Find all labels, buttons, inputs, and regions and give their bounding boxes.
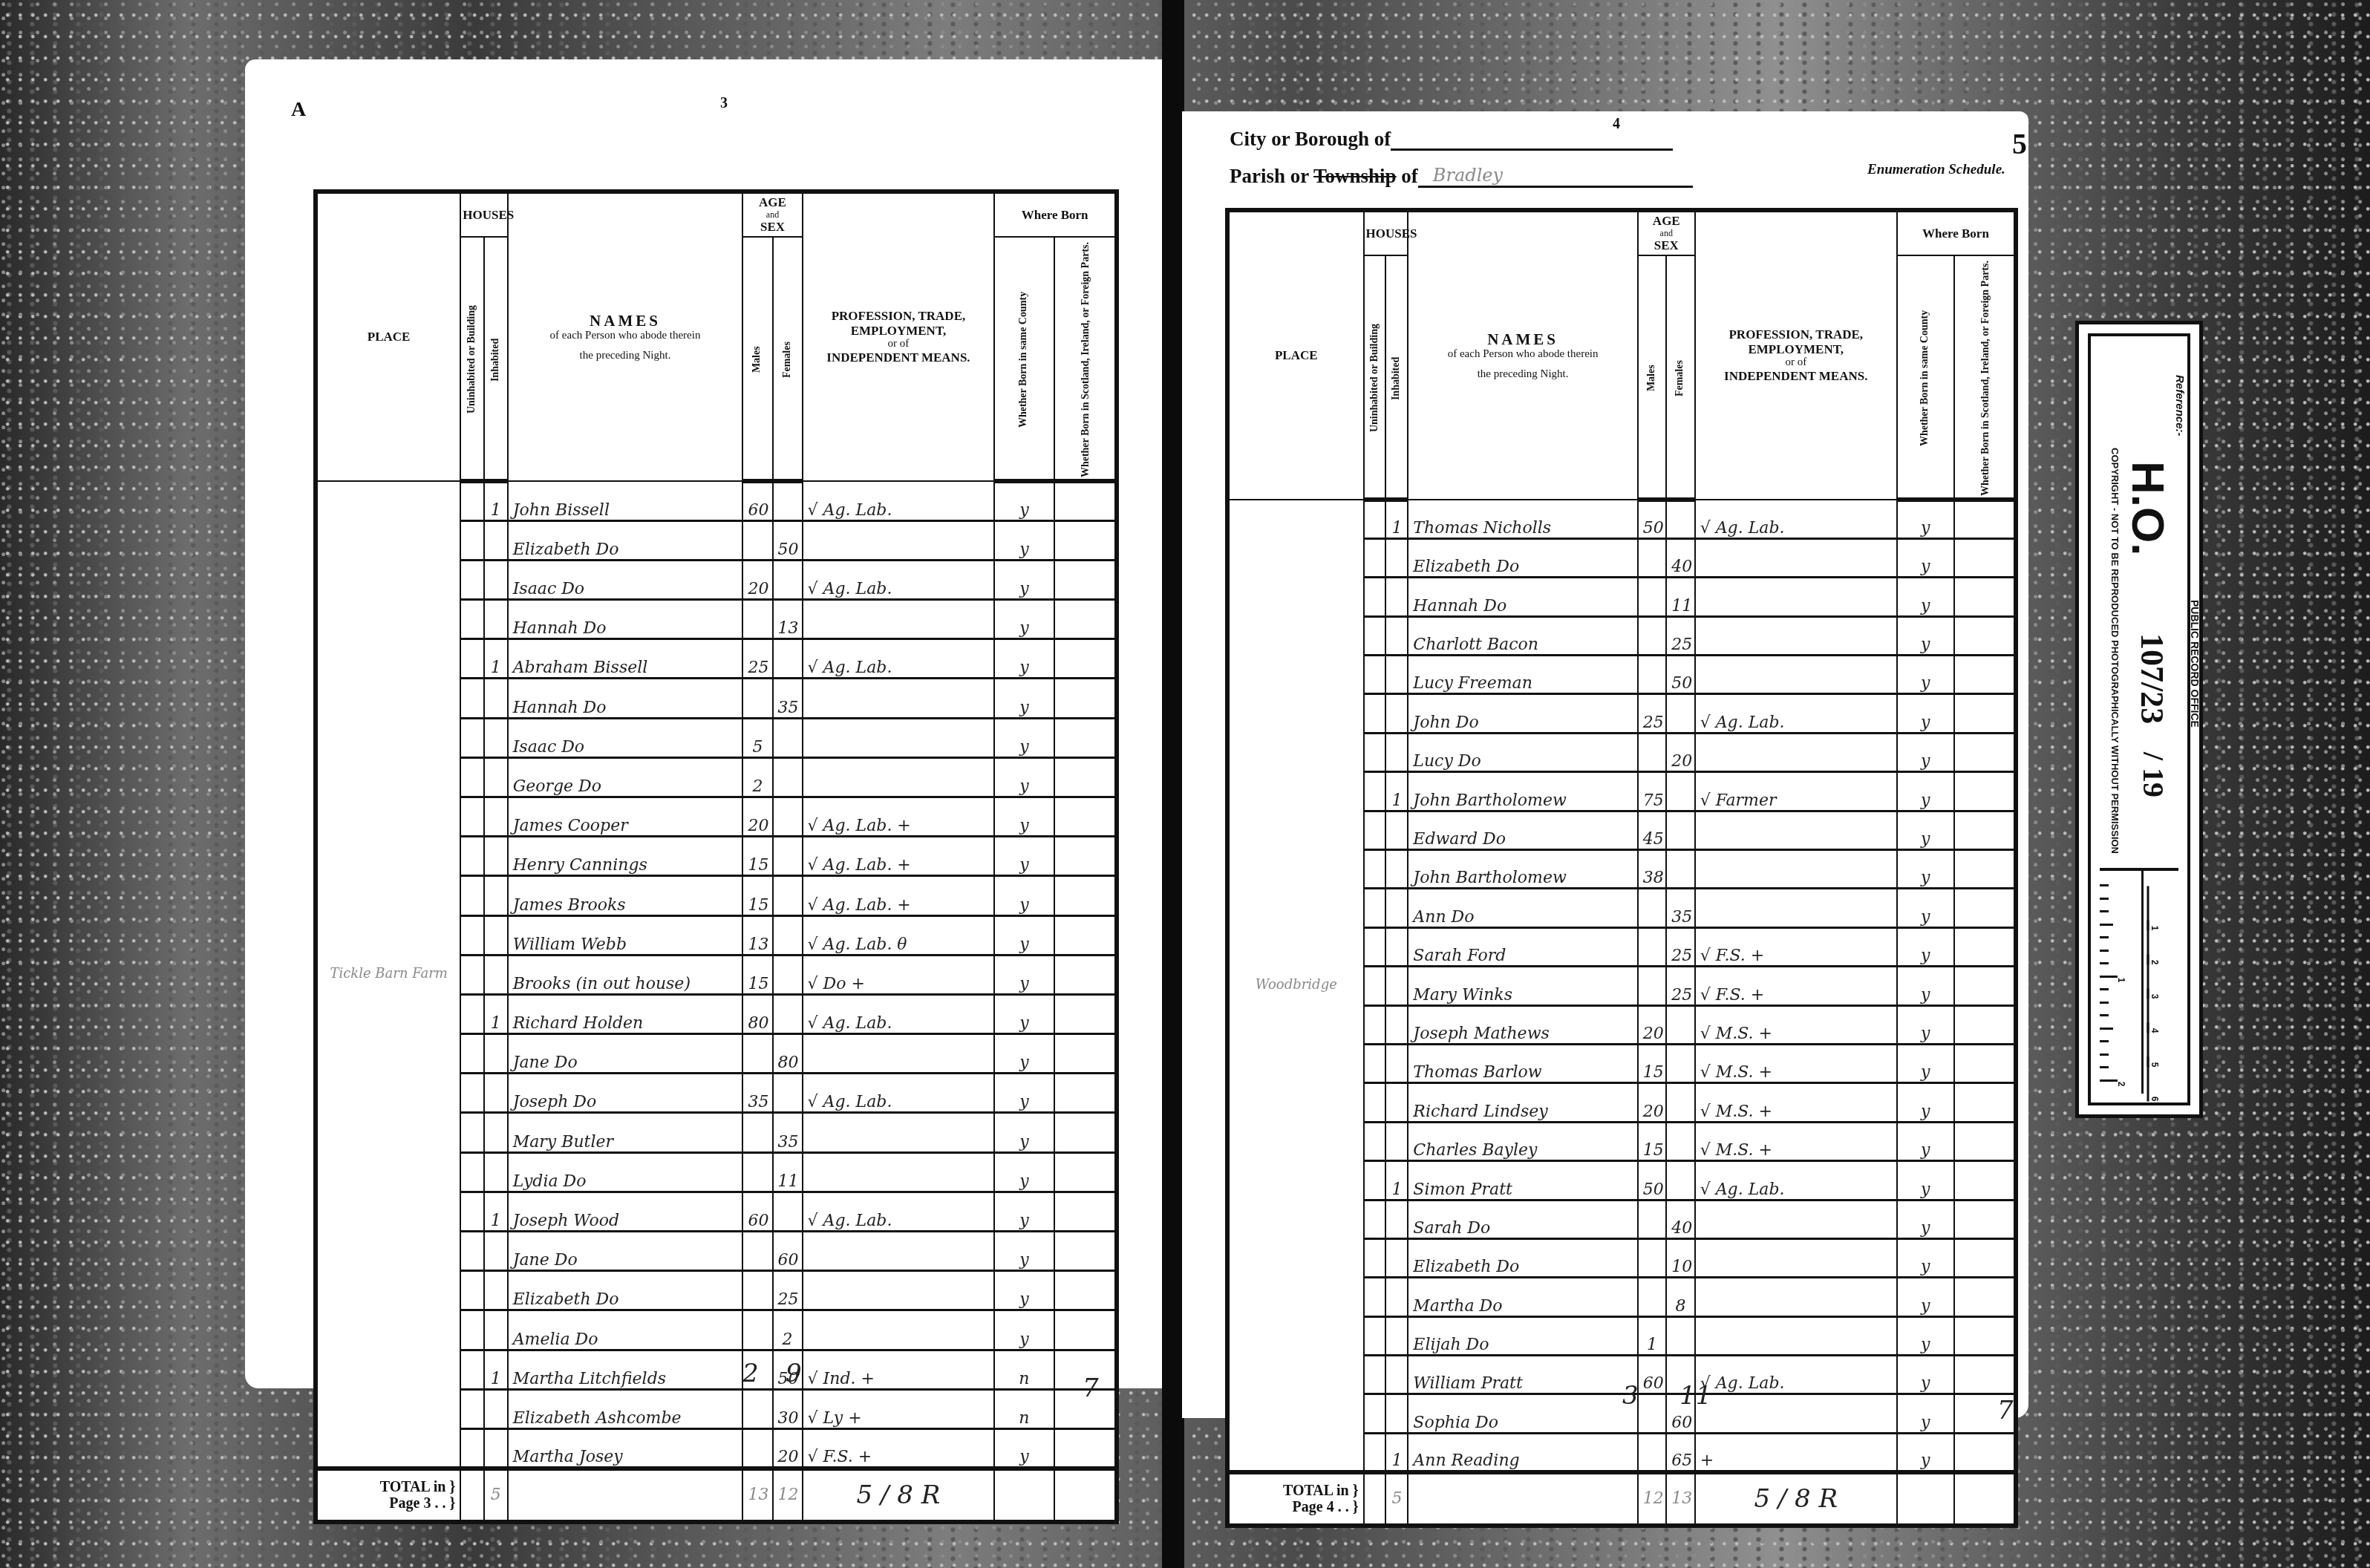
profession-cell: √ Ag. Lab. + xyxy=(803,876,995,915)
name-cell: Isaac Do xyxy=(508,560,743,599)
city-or-borough: City or Borough of xyxy=(1230,128,1673,151)
same-county-cell: n xyxy=(994,1350,1054,1389)
scotland-cell xyxy=(1054,600,1117,639)
col-uninhabited: Uninhabited or Building xyxy=(1364,255,1386,500)
inhabited-cell xyxy=(1385,1200,1408,1238)
same-county-cell: n xyxy=(994,1389,1054,1428)
profession-cell xyxy=(1695,1278,1897,1316)
inhabited-cell xyxy=(1385,967,1408,1005)
females-cell: 80 xyxy=(773,1034,803,1074)
census-table-left: PLACE HOUSES NAMES of each Person who ab… xyxy=(313,189,1119,1524)
col-place: PLACE xyxy=(1227,210,1364,500)
males-cell xyxy=(742,1310,772,1350)
profession-cell: √ Ag. Lab. xyxy=(1695,500,1897,538)
same-county-cell: y xyxy=(1897,927,1954,966)
uninhabited-cell xyxy=(1364,1394,1386,1433)
name-cell: Richard Lindsey xyxy=(1408,1083,1638,1122)
same-county-cell: y xyxy=(1897,850,1954,889)
name-cell: John Do xyxy=(1408,694,1638,733)
profession-cell: √ Ag. Lab. xyxy=(803,1192,995,1231)
females-cell: 35 xyxy=(773,1113,803,1152)
males-cell: 60 xyxy=(742,481,772,520)
total-scotland xyxy=(1054,1469,1117,1522)
males-cell: 20 xyxy=(742,797,772,836)
profession-cell: √ Ag. Lab. xyxy=(803,481,995,520)
inhabited-cell xyxy=(484,1113,508,1152)
ruler-tick xyxy=(2100,976,2118,978)
total-males: 13 xyxy=(742,1469,772,1522)
series-code: H.O. xyxy=(2121,461,2174,555)
uninhabited-cell xyxy=(1364,1161,1386,1200)
place-cell: Woodbridge xyxy=(1227,500,1364,1472)
uninhabited-cell xyxy=(1364,733,1386,771)
males-cell: 38 xyxy=(1638,850,1666,889)
scotland-cell xyxy=(1054,837,1117,876)
name-cell: Charles Bayley xyxy=(1408,1122,1638,1160)
name-cell: Hannah Do xyxy=(508,679,743,718)
name-cell: James Brooks xyxy=(508,876,743,915)
profession-cell xyxy=(1695,733,1897,771)
males-cell xyxy=(742,1428,772,1468)
uninhabited-cell xyxy=(1364,1200,1386,1238)
name-cell: Elizabeth Do xyxy=(1408,538,1638,577)
same-county-cell: y xyxy=(994,1152,1054,1192)
name-cell: Ann Reading xyxy=(1408,1433,1638,1471)
name-cell: Brooks (in out house) xyxy=(508,955,743,994)
name-cell: Abraham Bissell xyxy=(508,639,743,679)
profession-cell xyxy=(803,1113,995,1152)
same-county-cell: y xyxy=(1897,733,1954,771)
inhabited-cell xyxy=(1385,1356,1408,1394)
uninhabited-cell xyxy=(460,1034,484,1074)
scotland-cell xyxy=(1054,955,1117,994)
col-age-sex: AGE and SEX xyxy=(1638,210,1695,255)
females-cell: 30 xyxy=(773,1389,803,1428)
males-cell: 2 xyxy=(742,757,772,797)
profession-cell: √ Do + xyxy=(803,955,995,994)
inhabited-cell: 1 xyxy=(484,1350,508,1389)
males-cell xyxy=(742,600,772,639)
ruler-tick xyxy=(2100,1053,2109,1056)
males-cell: 5 xyxy=(742,718,772,757)
males-cell: 50 xyxy=(1638,1161,1666,1200)
same-county-cell: y xyxy=(1897,889,1954,927)
name-cell: Joseph Do xyxy=(508,1074,743,1113)
males-cell: 1 xyxy=(1638,1316,1666,1355)
males-cell: 20 xyxy=(742,560,772,599)
name-cell: Amelia Do xyxy=(508,1310,743,1350)
scotland-cell xyxy=(1054,994,1117,1033)
inhabited-cell: 1 xyxy=(1385,1161,1408,1200)
same-county-cell: y xyxy=(994,679,1054,718)
ruler-tick xyxy=(2100,898,2109,900)
book-spine xyxy=(1162,0,1184,1568)
inhabited-cell xyxy=(484,1310,508,1350)
scotland-cell xyxy=(1954,1044,2016,1082)
scotland-cell xyxy=(1954,927,2016,966)
name-cell: Lucy Freeman xyxy=(1408,656,1638,694)
total-county xyxy=(1897,1472,1954,1526)
scotland-cell xyxy=(1954,500,2016,538)
same-county-cell: y xyxy=(1897,1005,1954,1044)
copyright-notice: COPYRIGHT - NOT TO BE REPRODUCED PHOTOGR… xyxy=(2109,448,2121,854)
profession-cell xyxy=(803,718,995,757)
name-cell: John Bissell xyxy=(508,481,743,520)
profession-cell: √ F.S. + xyxy=(803,1428,995,1468)
total-males: 12 xyxy=(1638,1472,1666,1526)
same-county-cell: y xyxy=(1897,1433,1954,1471)
uninhabited-cell xyxy=(460,1389,484,1428)
uninhabited-cell xyxy=(1364,772,1386,811)
inhabited-cell xyxy=(1385,889,1408,927)
inhabited-cell xyxy=(484,1034,508,1074)
males-cell: 13 xyxy=(742,915,772,955)
scotland-cell xyxy=(1954,850,2016,889)
place-cell: Tickle Barn Farm xyxy=(316,481,460,1469)
inhabited-cell xyxy=(484,718,508,757)
uninhabited-cell xyxy=(1364,1316,1386,1355)
col-inhabited: Inhabited xyxy=(484,237,508,481)
col-same-county: Whether Born in same County xyxy=(1897,255,1954,500)
uninhabited-cell xyxy=(1364,811,1386,849)
uninhabited-cell xyxy=(460,481,484,520)
name-cell: James Cooper xyxy=(508,797,743,836)
males-cell: 60 xyxy=(1638,1356,1666,1394)
col-houses: HOUSES xyxy=(460,192,507,237)
name-cell: Hannah Do xyxy=(508,600,743,639)
col-age-sex: AGE and SEX xyxy=(742,192,802,237)
females-cell xyxy=(1666,1122,1694,1160)
uninhabited-cell xyxy=(1364,967,1386,1005)
inhabited-cell xyxy=(484,797,508,836)
profession-cell xyxy=(803,679,995,718)
profession-cell xyxy=(1695,1200,1897,1238)
total-inhabited: 5 xyxy=(1385,1472,1408,1526)
same-county-cell: y xyxy=(1897,616,1954,655)
scotland-cell xyxy=(1054,718,1117,757)
profession-cell xyxy=(1695,1316,1897,1355)
name-cell: Edward Do xyxy=(1408,811,1638,849)
males-cell: 50 xyxy=(1638,500,1666,538)
same-county-cell: y xyxy=(994,915,1054,955)
same-county-cell: y xyxy=(1897,1044,1954,1082)
inhabited-cell xyxy=(484,1271,508,1310)
total-tally: 5 / 8 R xyxy=(1695,1472,1897,1526)
same-county-cell: y xyxy=(994,600,1054,639)
uninhabited-cell xyxy=(460,639,484,679)
col-uninhabited: Uninhabited or Building xyxy=(460,237,484,481)
name-cell: Jane Do xyxy=(508,1034,743,1074)
reference-tag: Reference:- H.O. COPYRIGHT - NOT TO BE R… xyxy=(2075,321,2203,1118)
females-cell xyxy=(773,876,803,915)
inhabited-cell: 1 xyxy=(484,639,508,679)
profession-cell: √ Ag. Lab. + xyxy=(803,797,995,836)
total-label: TOTAL in }Page 4 . . } xyxy=(1227,1472,1364,1526)
col-where-born: Where Born xyxy=(994,192,1117,237)
males-cell xyxy=(1638,1200,1666,1238)
total-county xyxy=(994,1469,1054,1522)
males-cell: 15 xyxy=(742,955,772,994)
name-cell: Henry Cannings xyxy=(508,837,743,876)
males-cell xyxy=(1638,578,1666,616)
profession-cell xyxy=(1695,538,1897,577)
scotland-cell xyxy=(1954,616,2016,655)
ruler-tick xyxy=(2100,962,2109,964)
males-cell xyxy=(1638,616,1666,655)
uninhabited-cell xyxy=(460,520,484,560)
females-cell: 11 xyxy=(1666,578,1694,616)
ruler-tick xyxy=(2100,1014,2109,1016)
inhabited-cell xyxy=(1385,811,1408,849)
scotland-cell xyxy=(1954,578,2016,616)
scotland-cell xyxy=(1054,520,1117,560)
uninhabited-cell xyxy=(1364,656,1386,694)
males-cell: 25 xyxy=(1638,694,1666,733)
males-cell: 35 xyxy=(742,1074,772,1113)
females-cell: 60 xyxy=(773,1232,803,1271)
ruler-tick xyxy=(2100,884,2109,886)
uninhabited-cell xyxy=(1364,850,1386,889)
inhabited-cell xyxy=(484,1389,508,1428)
uninhabited-cell xyxy=(460,1152,484,1192)
name-cell: Lydia Do xyxy=(508,1152,743,1192)
office-name: PUBLIC RECORD OFFICE xyxy=(2189,600,2201,728)
ruler-tick xyxy=(2100,1079,2118,1082)
females-cell: 10 xyxy=(1666,1238,1694,1277)
scotland-cell xyxy=(1954,656,2016,694)
ruler-tick xyxy=(2100,950,2109,952)
profession-cell: √ F.S. + xyxy=(1695,927,1897,966)
scotland-cell xyxy=(1954,1161,2016,1200)
scotland-cell xyxy=(1054,1113,1117,1152)
profession-cell: + xyxy=(1695,1433,1897,1471)
name-cell: Lucy Do xyxy=(1408,733,1638,771)
profession-cell: √ Ag. Lab. xyxy=(1695,1356,1897,1394)
scotland-cell xyxy=(1954,889,2016,927)
inhabited-cell xyxy=(1385,1122,1408,1160)
name-cell: Ann Do xyxy=(1408,889,1638,927)
uninhabited-cell xyxy=(1364,1083,1386,1122)
scotland-cell xyxy=(1054,639,1117,679)
col-males: Males xyxy=(742,237,772,481)
males-cell xyxy=(1638,927,1666,966)
same-county-cell: y xyxy=(1897,1122,1954,1160)
inhabited-cell xyxy=(1385,538,1408,577)
col-females: Females xyxy=(773,237,803,481)
same-county-cell: y xyxy=(994,1428,1054,1468)
same-county-cell: y xyxy=(1897,1200,1954,1238)
males-cell xyxy=(1638,1238,1666,1277)
total-uninhabited xyxy=(1364,1472,1386,1526)
folio-number: / 19 xyxy=(2136,752,2171,797)
females-cell xyxy=(1666,1316,1694,1355)
same-county-cell: y xyxy=(1897,967,1954,1005)
table-row: Woodbridge1Thomas Nicholls50√ Ag. Lab.y xyxy=(1227,500,2016,538)
ruler-cm-label: 6 xyxy=(2147,1057,2160,1102)
name-cell: William Pratt xyxy=(1408,1356,1638,1394)
name-cell: Jane Do xyxy=(508,1232,743,1271)
inhabited-cell xyxy=(484,1428,508,1468)
uninhabited-cell xyxy=(460,1271,484,1310)
col-same-county: Whether Born in same County xyxy=(994,237,1054,481)
total-females: 12 xyxy=(773,1469,803,1522)
uninhabited-cell xyxy=(460,757,484,797)
scotland-cell xyxy=(1954,1083,2016,1122)
name-cell: Joseph Wood xyxy=(508,1192,743,1231)
profession-cell: √ Ag. Lab. xyxy=(803,639,995,679)
males-cell xyxy=(742,1271,772,1310)
name-cell: Simon Pratt xyxy=(1408,1161,1638,1200)
census-table-right: PLACE HOUSES NAMES of each Person who ab… xyxy=(1225,208,2018,1528)
table-row: Tickle Barn Farm1John Bissell60√ Ag. Lab… xyxy=(316,481,1117,520)
profession-cell xyxy=(1695,1238,1897,1277)
inhabited-cell xyxy=(1385,1238,1408,1277)
name-cell: Sophia Do xyxy=(1408,1394,1638,1433)
females-cell xyxy=(773,837,803,876)
uninhabited-cell xyxy=(460,679,484,718)
uninhabited-cell xyxy=(1364,1044,1386,1082)
inhabited-cell xyxy=(1385,850,1408,889)
same-county-cell: y xyxy=(1897,500,1954,538)
profession-cell: √ M.S. + xyxy=(1695,1122,1897,1160)
uninhabited-cell xyxy=(1364,1278,1386,1316)
inhabited-cell xyxy=(1385,1083,1408,1122)
uninhabited-cell xyxy=(1364,694,1386,733)
uninhabited-cell xyxy=(1364,616,1386,655)
males-cell xyxy=(1638,656,1666,694)
same-county-cell: y xyxy=(994,797,1054,836)
total-scotland xyxy=(1954,1472,2016,1526)
inhabited-cell xyxy=(1385,1278,1408,1316)
col-where-born: Where Born xyxy=(1897,210,2016,255)
profession-cell: √ M.S. + xyxy=(1695,1044,1897,1082)
inhabited-cell xyxy=(484,600,508,639)
same-county-cell: y xyxy=(994,1232,1054,1271)
profession-cell: √ Ag. Lab. xyxy=(1695,694,1897,733)
inhabited-cell xyxy=(484,1074,508,1113)
profession-cell xyxy=(1695,578,1897,616)
inhabited-cell xyxy=(1385,1394,1408,1433)
females-cell xyxy=(1666,1005,1694,1044)
males-cell xyxy=(1638,538,1666,577)
females-cell xyxy=(1666,694,1694,733)
females-cell xyxy=(1666,1044,1694,1082)
name-cell: Mary Butler xyxy=(508,1113,743,1152)
profession-cell xyxy=(803,600,995,639)
scotland-cell xyxy=(1054,1034,1117,1074)
scotland-cell xyxy=(1954,538,2016,577)
schedule-title: Enumeration Schedule. xyxy=(1867,162,2005,178)
uninhabited-cell xyxy=(1364,1433,1386,1471)
footer-mark: 3 xyxy=(1622,1381,1639,1411)
uninhabited-cell xyxy=(1364,578,1386,616)
name-cell: Elijah Do xyxy=(1408,1316,1638,1355)
col-names: NAMES of each Person who abode therein t… xyxy=(1408,210,1638,500)
profession-cell: √ Ag. Lab. θ xyxy=(803,915,995,955)
females-cell xyxy=(773,955,803,994)
males-cell: 15 xyxy=(742,876,772,915)
footer-mark: 9 xyxy=(786,1359,802,1388)
profession-cell xyxy=(1695,616,1897,655)
same-county-cell: y xyxy=(994,1034,1054,1074)
footer-mark: 7 xyxy=(1997,1396,2014,1425)
females-cell xyxy=(773,560,803,599)
females-cell: 20 xyxy=(1666,733,1694,771)
col-scotland-ireland: Whether Born in Scotland, Ireland, or Fo… xyxy=(1954,255,2016,500)
scotland-cell xyxy=(1054,1232,1117,1271)
females-cell: 40 xyxy=(1666,1200,1694,1238)
ruler-tick xyxy=(2100,1066,2109,1068)
ruler-tick xyxy=(2100,936,2109,938)
females-cell: 50 xyxy=(1666,656,1694,694)
name-cell: Martha Do xyxy=(1408,1278,1638,1316)
name-cell: Elizabeth Do xyxy=(508,1271,743,1310)
uninhabited-cell xyxy=(460,1192,484,1231)
ruler-inch-label: 1 xyxy=(2116,978,2126,983)
males-cell xyxy=(1638,733,1666,771)
col-males: Males xyxy=(1638,255,1666,500)
uninhabited-cell xyxy=(460,1113,484,1152)
inhabited-cell xyxy=(484,876,508,915)
inhabited-cell xyxy=(484,1232,508,1271)
scotland-cell xyxy=(1054,560,1117,599)
profession-cell xyxy=(803,1152,995,1192)
same-county-cell: y xyxy=(994,1074,1054,1113)
females-cell xyxy=(773,797,803,836)
profession-cell xyxy=(803,520,995,560)
females-cell xyxy=(1666,1083,1694,1122)
scotland-cell xyxy=(1954,1005,2016,1044)
profession-cell: √ Ly + xyxy=(803,1389,995,1428)
profession-cell: √ Ag. Lab. xyxy=(803,994,995,1033)
name-cell: John Bartholomew xyxy=(1408,772,1638,811)
inhabited-cell xyxy=(1385,578,1408,616)
col-females: Females xyxy=(1666,255,1694,500)
females-cell: 25 xyxy=(1666,927,1694,966)
profession-cell: √ M.S. + xyxy=(1695,1005,1897,1044)
females-cell: 8 xyxy=(1666,1278,1694,1316)
profession-cell: √ Ag. Lab. xyxy=(803,560,995,599)
inhabited-cell xyxy=(1385,616,1408,655)
name-cell: Richard Holden xyxy=(508,994,743,1033)
scotland-cell xyxy=(1054,481,1117,520)
same-county-cell: y xyxy=(1897,1316,1954,1355)
inhabited-cell xyxy=(484,520,508,560)
males-cell xyxy=(742,1034,772,1074)
same-county-cell: y xyxy=(1897,1356,1954,1394)
name-cell: Sarah Ford xyxy=(1408,927,1638,966)
profession-cell xyxy=(803,1271,995,1310)
total-row: TOTAL in }Page 3 . . }513125 / 8 R xyxy=(316,1469,1117,1522)
females-cell: 40 xyxy=(1666,538,1694,577)
uninhabited-cell xyxy=(460,718,484,757)
profession-cell: √ Ag. Lab. + xyxy=(803,837,995,876)
profession-cell: √ Ag. Lab. xyxy=(803,1074,995,1113)
name-cell: Isaac Do xyxy=(508,718,743,757)
inhabited-cell xyxy=(1385,694,1408,733)
reference-label: Reference:- xyxy=(2173,375,2186,437)
profession-cell xyxy=(803,1034,995,1074)
profession-cell xyxy=(1695,850,1897,889)
males-cell xyxy=(1638,889,1666,927)
scotland-cell xyxy=(1954,1433,2016,1471)
inhabited-cell: 1 xyxy=(484,481,508,520)
footer-mark: 11 xyxy=(1679,1381,1711,1411)
same-county-cell: y xyxy=(994,1310,1054,1350)
females-cell: 25 xyxy=(1666,616,1694,655)
same-county-cell: y xyxy=(1897,538,1954,577)
scotland-cell xyxy=(1054,1271,1117,1310)
